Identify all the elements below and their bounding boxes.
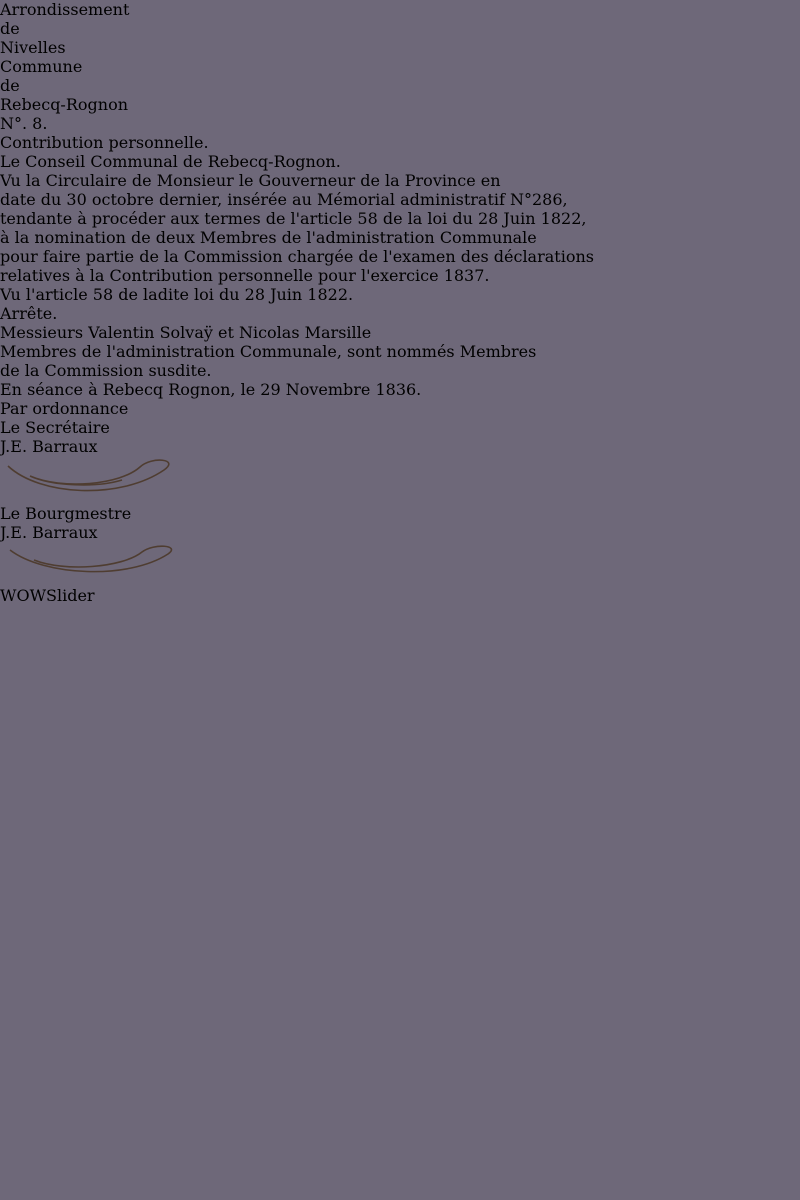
archival-photo: Arrondissement de Nivelles Commune de Re… <box>0 0 800 1200</box>
photo-background <box>0 0 800 1200</box>
